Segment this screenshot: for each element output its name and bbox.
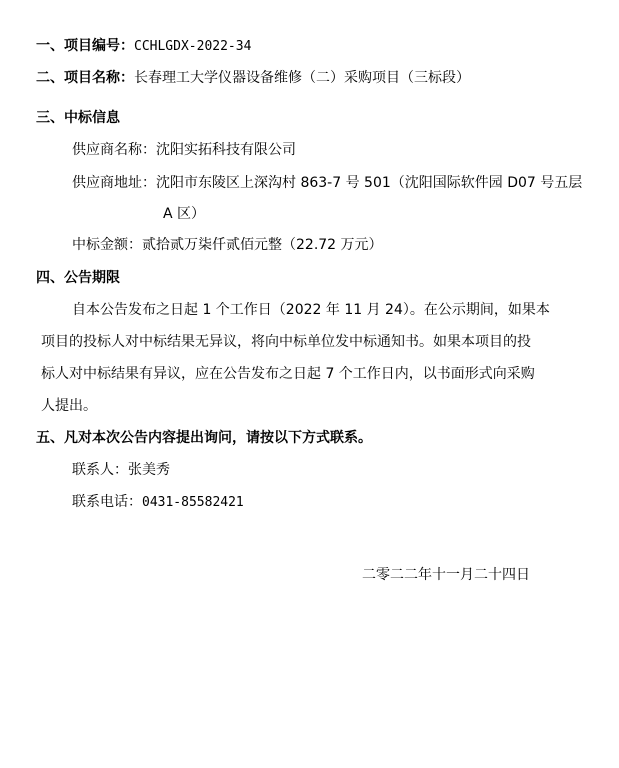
contact-heading: 五、凡对本次公告内容提出询问，请按以下方式联系。 <box>36 430 372 446</box>
contact-person-value: 张美秀 <box>128 462 170 478</box>
notice-period-heading: 四、公告期限 <box>36 270 120 286</box>
notice-para-line-1: 自本公告发布之日起 1 个工作日（2022 年 11 月 24）。在公示期间，如… <box>72 302 550 318</box>
contact-phone-value: 0431-85582421 <box>142 495 244 510</box>
contact-phone-label: 联系电话： <box>72 494 142 510</box>
notice-para-line-2: 项目的投标人对中标结果无异议，将向中标单位发中标通知书。如果本项目的投 <box>41 334 531 350</box>
project-name-value: 长春理工大学仪器设备维修（二）采购项目（三标段） <box>134 70 470 86</box>
award-info-heading: 三、中标信息 <box>36 110 120 126</box>
supplier-name-label: 供应商名称： <box>72 142 156 158</box>
supplier-address-line1: 沈阳市东陵区上深沟村 863-7 号 501（沈阳国际软件园 D07 号五层 <box>156 175 582 191</box>
project-name-row: 二、项目名称：长春理工大学仪器设备维修（二）采购项目（三标段） <box>36 70 470 86</box>
award-amount-value: 贰拾贰万柒仟贰佰元整（22.72 万元） <box>142 237 383 253</box>
supplier-address-label: 供应商地址： <box>72 175 156 191</box>
award-amount-row: 中标金额：贰拾贰万柒仟贰佰元整（22.72 万元） <box>72 237 383 253</box>
award-amount-label: 中标金额： <box>72 237 142 253</box>
contact-person-row: 联系人：张美秀 <box>72 462 170 478</box>
project-name-heading: 二、项目名称： <box>36 70 134 86</box>
project-number-value: CCHLGDX-2022-34 <box>134 39 251 54</box>
contact-person-label: 联系人： <box>72 462 128 478</box>
supplier-name-value: 沈阳实拓科技有限公司 <box>156 142 296 158</box>
supplier-address-row: 供应商地址：沈阳市东陵区上深沟村 863-7 号 501（沈阳国际软件园 D07… <box>72 175 582 191</box>
project-number-heading: 一、项目编号： <box>36 38 134 54</box>
supplier-address-line2: A 区） <box>163 206 205 222</box>
notice-date: 二零二二年十一月二十四日 <box>362 567 530 583</box>
project-number-row: 一、项目编号：CCHLGDX-2022-34 <box>36 38 251 55</box>
notice-para-line-3: 标人对中标结果有异议，应在公告发布之日起 7 个工作日内，以书面形式向采购 <box>41 366 535 382</box>
contact-phone-row: 联系电话：0431-85582421 <box>72 494 244 511</box>
notice-para-line-4: 人提出。 <box>41 398 97 414</box>
supplier-name-row: 供应商名称：沈阳实拓科技有限公司 <box>72 142 296 158</box>
